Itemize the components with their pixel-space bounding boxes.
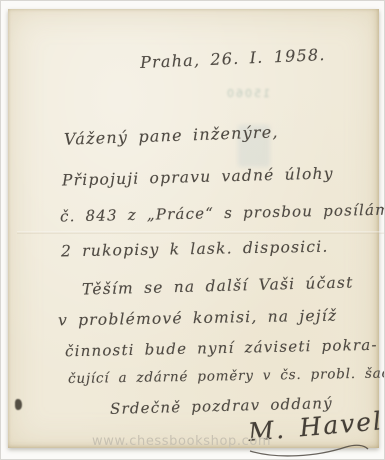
paper-fold-crease <box>17 231 384 234</box>
letter-body-line: čující a zdárné poměry v čs. probl. šach… <box>68 365 385 387</box>
ink-smudge-mark <box>15 399 22 410</box>
letter-body-line: 2 rukopisy k lask. disposici. <box>61 238 329 261</box>
letter-body-line: činnosti bude nyní záviseti pokra- <box>65 336 378 361</box>
bleedthrough-stamp-number: 15060 <box>210 87 270 101</box>
letter-body-line: Připojuji opravu vadné úlohy <box>62 164 334 189</box>
letter-body-line: č. 843 z „Práce“ s prosbou posílám <box>60 201 385 226</box>
letter-body-line: v problémové komisi, na jejíž <box>58 307 338 330</box>
letter-paper: 15060 Praha, 26. I. 1958. Vážený pane in… <box>8 9 379 448</box>
watermark-text: www.chessbookshop.com <box>92 434 271 449</box>
letter-dateline: Praha, 26. I. 1958. <box>140 45 326 72</box>
letter-body-line: Těším se na další Vaši účast <box>82 273 354 298</box>
scanned-letter-image: 15060 Praha, 26. I. 1958. Vážený pane in… <box>0 0 385 460</box>
